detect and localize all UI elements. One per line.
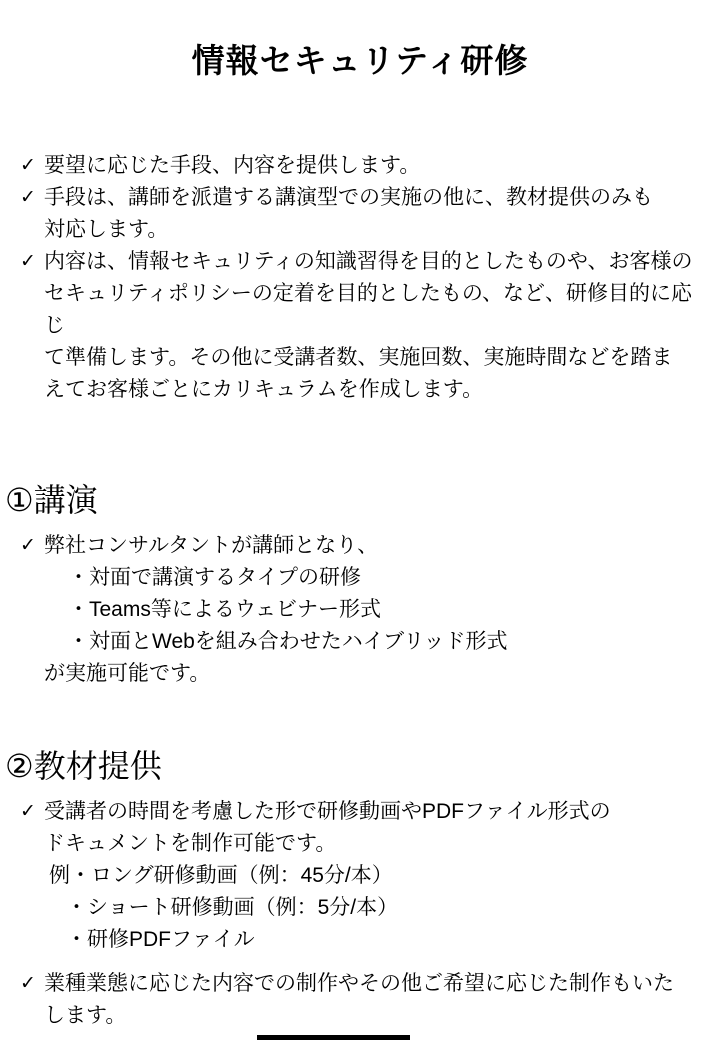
section-heading-materials: ②教材提供 xyxy=(5,744,720,788)
sub-item-line: ・研修PDFファイル xyxy=(44,924,702,956)
list-item: ✓ 弊社コンサルタントが講師となり、 ・対面で講演するタイプの研修 ・Teams… xyxy=(20,530,702,690)
intro-list: ✓ 要望に応じた手段、内容を提供します。 ✓ 手段は、講師を派遣する講演型での実… xyxy=(20,150,702,406)
list-item: ✓ 受講者の時間を考慮した形で研修動画やPDFファイル形式の ドキュメントを制作… xyxy=(20,796,702,956)
bullet-line: えてお客様ごとにカリキュラムを作成します。 xyxy=(44,374,702,406)
checkmark-icon: ✓ xyxy=(20,796,44,828)
bullet-line: 受講者の時間を考慮した形で研修動画やPDFファイル形式の xyxy=(44,796,702,828)
list-item: ✓ 業種業態に応じた内容での制作やその他ご希望に応じた制作もいた します。 xyxy=(20,968,702,1032)
sub-item-line: ・対面とWebを組み合わせたハイブリッド形式 xyxy=(44,626,702,658)
bullet-text: 業種業態に応じた内容での制作やその他ご希望に応じた制作もいた します。 xyxy=(44,968,702,1032)
sub-item-line: ・対面で講演するタイプの研修 xyxy=(44,562,702,594)
bullet-line: ドキュメントを制作可能です。 xyxy=(44,828,702,860)
checkmark-icon: ✓ xyxy=(20,530,44,562)
lecture-list: ✓ 弊社コンサルタントが講師となり、 ・対面で講演するタイプの研修 ・Teams… xyxy=(20,530,702,690)
bullet-text: 弊社コンサルタントが講師となり、 ・対面で講演するタイプの研修 ・Teams等に… xyxy=(44,530,702,690)
bullet-line: セキュリティポリシーの定着を目的としたもの、など、研修目的に応じ xyxy=(44,278,702,342)
checkmark-icon: ✓ xyxy=(20,150,44,182)
bullet-text: 要望に応じた手段、内容を提供します。 xyxy=(44,150,702,182)
sub-item-line: ・Teams等によるウェビナー形式 xyxy=(44,594,702,626)
bullet-text: 受講者の時間を考慮した形で研修動画やPDFファイル形式の ドキュメントを制作可能… xyxy=(44,796,702,956)
example-line: 例・ロング研修動画（例：45分/本） xyxy=(44,860,702,892)
bottom-bar-fragment xyxy=(257,1035,410,1040)
sub-item-line: ・ショート研修動画（例：5分/本） xyxy=(44,892,702,924)
bullet-line: 手段は、講師を派遣する講演型での実施の他に、教材提供のみも xyxy=(44,182,702,214)
list-item: ✓ 内容は、情報セキュリティの知識習得を目的としたものや、お客様の セキュリティ… xyxy=(20,246,702,406)
bullet-line: します。 xyxy=(44,1000,702,1032)
bullet-line: 内容は、情報セキュリティの知識習得を目的としたものや、お客様の xyxy=(44,246,702,278)
materials-list: ✓ 受講者の時間を考慮した形で研修動画やPDFファイル形式の ドキュメントを制作… xyxy=(20,796,702,1032)
page-title: 情報セキュリティ研修 xyxy=(0,0,720,84)
checkmark-icon: ✓ xyxy=(20,968,44,1000)
list-item: ✓ 要望に応じた手段、内容を提供します。 xyxy=(20,150,702,182)
checkmark-icon: ✓ xyxy=(20,246,44,278)
bullet-text: 手段は、講師を派遣する講演型での実施の他に、教材提供のみも 対応します。 xyxy=(44,182,702,246)
bullet-line: 要望に応じた手段、内容を提供します。 xyxy=(44,150,702,182)
bullet-line: が実施可能です。 xyxy=(44,658,702,690)
slide-page: 情報セキュリティ研修 ✓ 要望に応じた手段、内容を提供します。 ✓ 手段は、講師… xyxy=(0,0,720,1040)
bullet-line: て準備します。その他に受講者数、実施回数、実施時間などを踏ま xyxy=(44,342,702,374)
list-item: ✓ 手段は、講師を派遣する講演型での実施の他に、教材提供のみも 対応します。 xyxy=(20,182,702,246)
bullet-text: 内容は、情報セキュリティの知識習得を目的としたものや、お客様の セキュリティポリ… xyxy=(44,246,702,406)
checkmark-icon: ✓ xyxy=(20,182,44,214)
bullet-line: 弊社コンサルタントが講師となり、 xyxy=(44,530,702,562)
section-heading-lecture: ①講演 xyxy=(5,478,720,522)
bullet-line: 業種業態に応じた内容での制作やその他ご希望に応じた制作もいた xyxy=(44,968,702,1000)
bullet-line: 対応します。 xyxy=(44,214,702,246)
